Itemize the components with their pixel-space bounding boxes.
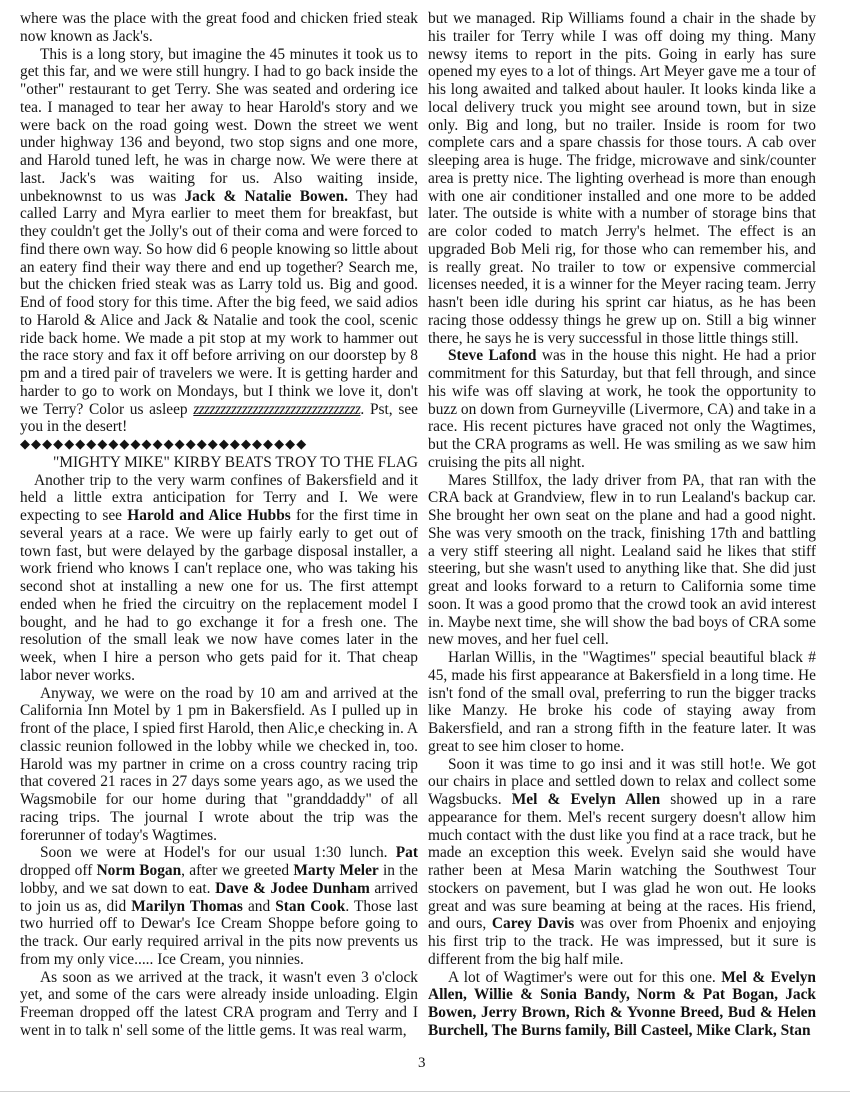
page-number: 3 — [418, 1055, 426, 1072]
paragraph: Mares Stillfox, the lady driver from PA,… — [428, 472, 816, 650]
name-highlight: Marilyn Thomas — [131, 898, 243, 915]
paragraph: Another trip to the very warm confines o… — [20, 472, 418, 685]
name-highlight: Dave & Jodee Dunham — [215, 880, 370, 897]
name-highlight: Carey Davis — [492, 915, 574, 932]
article-headline: "MIGHTY MIKE" KIRBY BEATS TROY TO THE FL… — [20, 454, 418, 472]
paragraph: A lot of Wagtimer's were out for this on… — [428, 969, 816, 1040]
paragraph: Soon it was time to go insi and it was s… — [428, 756, 816, 969]
paragraph: but we managed. Rip Williams found a cha… — [428, 10, 816, 347]
name-highlight: Jack & Natalie Bowen. — [184, 188, 348, 205]
name-highlight: Harold and Alice Hubbs — [127, 507, 291, 524]
name-highlight: Stan Cook — [275, 898, 345, 915]
name-highlight: Norm Bogan — [97, 862, 182, 879]
paragraph: Harlan Willis, in the "Wagtimes" special… — [428, 649, 816, 756]
paragraph: Soon we were at Hodel's for our usual 1:… — [20, 844, 418, 968]
zzz-text: zzzzzzzzzzzzzzzzzzzzzzzzzzzzzzz — [193, 401, 360, 418]
paragraph: As soon as we arrived at the track, it w… — [20, 969, 418, 1040]
paragraph: Anyway, we were on the road by 10 am and… — [20, 685, 418, 845]
right-column: but we managed. Rip Williams found a cha… — [428, 10, 816, 1040]
paragraph: Steve Lafond was in the house this night… — [428, 347, 816, 471]
diamond-divider: ◆◆◆◆◆◆◆◆◆◆◆◆◆◆◆◆◆◆◆◆◆◆◆◆◆◆ — [20, 436, 418, 454]
bottom-rule — [0, 1091, 850, 1092]
name-highlight: Pat — [396, 844, 418, 861]
left-column: where was the place with the great food … — [20, 10, 418, 1040]
name-highlight: Marty Meler — [293, 862, 378, 879]
paragraph: where was the place with the great food … — [20, 10, 418, 46]
name-highlight: Steve Lafond — [448, 347, 536, 364]
paragraph: This is a long story, but imagine the 45… — [20, 46, 418, 437]
name-highlight: Mel & Evelyn Allen — [512, 791, 660, 808]
